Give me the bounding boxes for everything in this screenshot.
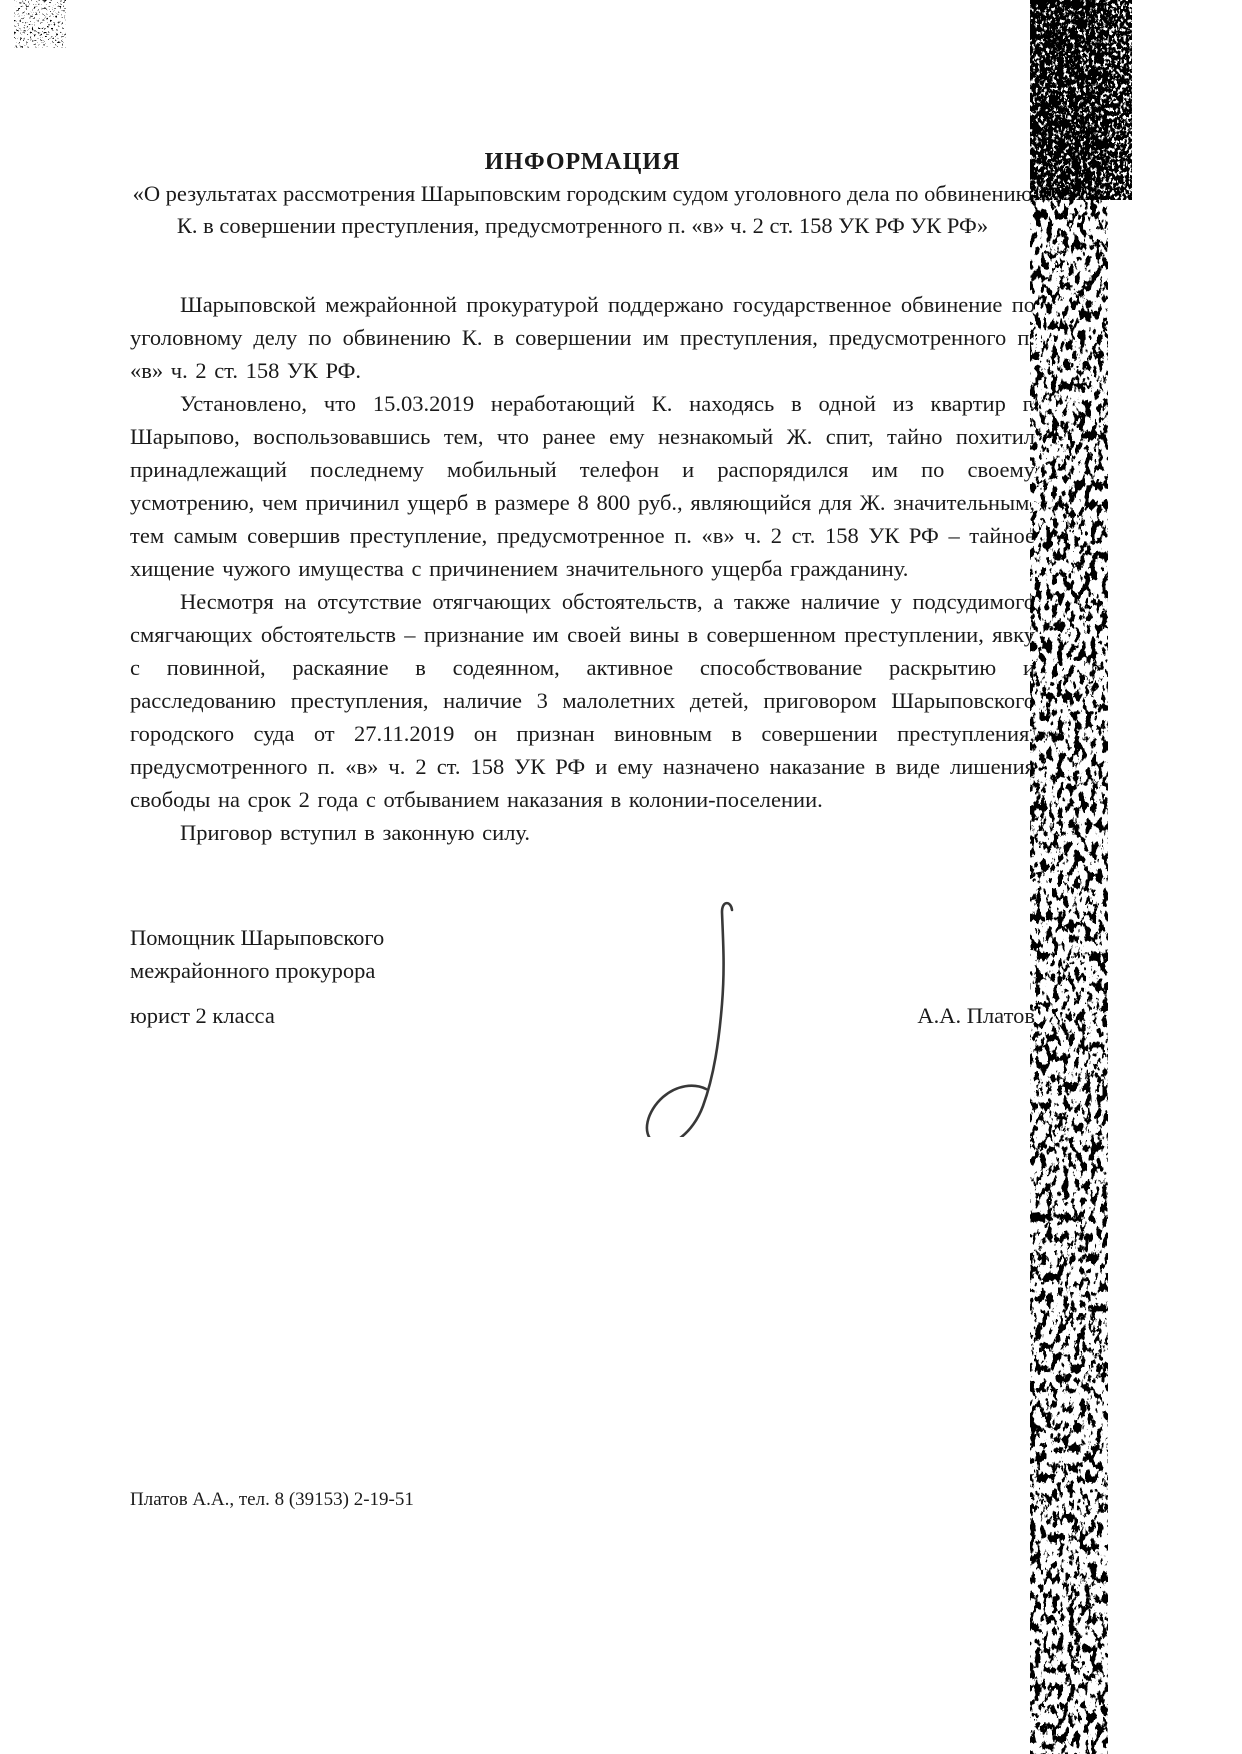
scan-noise-band-icon — [1030, 0, 1108, 1754]
scan-noise-topleft-icon — [14, 0, 66, 48]
document-content: ИНФОРМАЦИЯ «О результатах рассмотрения Ш… — [130, 146, 1035, 1032]
body-paragraph: Приговор вступил в законную силу. — [130, 816, 1035, 849]
footer-contact: Платов А.А., тел. 8 (39153) 2-19-51 — [130, 1488, 414, 1512]
body-paragraph: Установлено, что 15.03.2019 неработающий… — [130, 387, 1035, 585]
document-subtitle: «О результатах рассмотрения Шарыповским … — [130, 178, 1035, 242]
signature-name: А.А. Платов — [917, 999, 1035, 1032]
body-paragraph: Шарыповской межрайонной прокуратурой под… — [130, 288, 1035, 387]
document-title: ИНФОРМАЦИЯ — [130, 146, 1035, 178]
signature-position: Помощник Шарыповского межрайонного проку… — [130, 921, 1035, 987]
signature-block: Помощник Шарыповского межрайонного проку… — [130, 921, 1035, 1032]
signature-rank: юрист 2 класса — [130, 999, 275, 1032]
scan-noise-corner-icon — [1030, 0, 1132, 200]
signature-row: юрист 2 класса А.А. Платов — [130, 999, 1035, 1032]
document-body: Шарыповской межрайонной прокуратурой под… — [130, 288, 1035, 849]
body-paragraph: Несмотря на отсутствие отягчающих обстоя… — [130, 585, 1035, 816]
scanned-document-page: ИНФОРМАЦИЯ «О результатах рассмотрения Ш… — [0, 0, 1242, 1754]
